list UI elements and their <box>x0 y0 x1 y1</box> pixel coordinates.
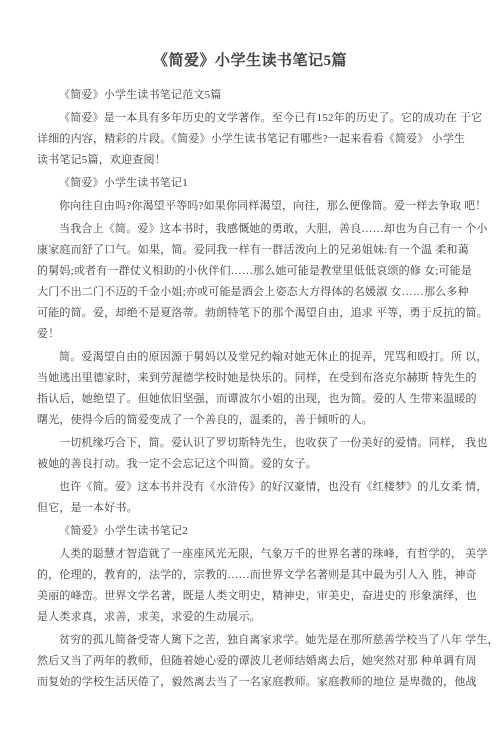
text-line: 的，伦理的，教育的，法学的，宗教的……而世界文学名著则是其中最为引人入 胜，神奇 <box>37 565 465 586</box>
text-line: 当我合上《简。爱》这本书时，我感慨她的勇敢，大胆，善良……却也为自己有一 个小 <box>37 219 465 240</box>
text-line: 《简爱》小学生读书笔记2 <box>37 521 465 542</box>
paragraph: 简。爱渴望自由的原因源于舅妈以及堂兄约翰对她无休止的捉弄，咒骂和殴打。所 以，当… <box>37 347 465 431</box>
text-line: 但它，是一本好书。 <box>37 498 465 519</box>
document-page: 《简爱》小学生读书笔记5篇 《简爱》小学生读书笔记范文5篇《简爱》是一本具有多年… <box>0 0 500 747</box>
paragraph: 你向往自由吗?你渴望平等吗?如果你同样渴望，向往，那么便像简。爱一样去争取 吧！ <box>37 196 465 217</box>
paragraph: 人类的聪慧才智造就了一座座风光无限，气象万千的世界名著的珠峰，有哲学的， 美学的… <box>37 544 465 628</box>
text-line: 被她的善良打动。我一定不会忘记这个叫简。爱的女子。 <box>37 454 465 475</box>
text-line: 美丽的峰峦。世界文学名著，既是人类文明史，精神史，审美史，奋进史的 形象演绎，也 <box>37 586 465 607</box>
text-line: 然后又当了两年的教师，但随着她心爱的谭波儿老师结婚离去后，她突然对那 种单调有周 <box>37 651 465 672</box>
paragraph: 贫穷的孤儿简备受寄人篱下之苦，独自离家求学。她先是在那所慈善学校当了八年 学生，… <box>37 630 465 693</box>
text-line: 的舅妈;或者有一群仗义相助的小伙伴们……那么她可能是教堂里低低哀颂的修 女;可能… <box>37 261 465 282</box>
paragraph: 也许《简。爱》这本书并没有《水浒传》的好汉豪情，也没有《红楼梦》的儿女柔 情，但… <box>37 477 465 519</box>
text-line: 《简爱》是一本具有多年历史的文学著作。至今已有152年的历史了。它的成功在 于它 <box>37 108 465 129</box>
text-line: 人类的聪慧才智造就了一座座风光无限，气象万千的世界名著的珠峰，有哲学的， 美学 <box>37 544 465 565</box>
page-title: 《简爱》小学生读书笔记5篇 <box>0 50 500 72</box>
text-line: 康家庭而舒了口气。如果，简。爱同我一样有一群活泼向上的兄弟姐妹:有一个温 柔和蔼 <box>37 240 465 261</box>
paragraph: 《简爱》小学生读书笔记1 <box>37 173 465 194</box>
document-body: 《简爱》小学生读书笔记范文5篇《简爱》是一本具有多年历史的文学著作。至今已有15… <box>37 85 465 693</box>
text-line: 爱！ <box>37 324 465 345</box>
paragraph: 《简爱》是一本具有多年历史的文学著作。至今已有152年的历史了。它的成功在 于它… <box>37 108 465 171</box>
text-line: 大门不出二门不迈的千金小姐;亦或可能是酒会上姿态大方得体的名媛淑 女……那么多种 <box>37 282 465 303</box>
text-line: 详细的内容，精彩的片段。《简爱》小学生读书笔记有哪些?一起来看看《简爱》 小学生 <box>37 129 465 150</box>
text-line: 而复始的学校生活厌倦了，毅然离去当了一名家庭教师。家庭教师的地位 是卑微的，他战 <box>37 672 465 693</box>
text-line: 当她逃出里德家时，来到劳渥德学校时她是快乐的。同样，在受到布洛克尔赫斯 特先生的 <box>37 368 465 389</box>
paragraph: 《简爱》小学生读书笔记范文5篇 <box>37 85 465 106</box>
paragraph: 《简爱》小学生读书笔记2 <box>37 521 465 542</box>
text-line: 你向往自由吗?你渴望平等吗?如果你同样渴望，向往，那么便像简。爱一样去争取 吧！ <box>37 196 465 217</box>
text-line: 读书笔记5篇，欢迎查阅！ <box>37 150 465 171</box>
text-line: 也许《简。爱》这本书并没有《水浒传》的好汉豪情，也没有《红楼梦》的儿女柔 情， <box>37 477 465 498</box>
text-line: 一切机缘巧合下，简。爱认识了罗切斯特先生，也收获了一份美好的爱情。同样， 我也 <box>37 433 465 454</box>
text-line: 简。爱渴望自由的原因源于舅妈以及堂兄约翰对她无休止的捉弄，咒骂和殴打。所 以， <box>37 347 465 368</box>
text-line: 可能的简。爱，却绝不是夏洛蒂。勃朗特笔下的那个渴望自由，追求 平等，勇于反抗的简… <box>37 303 465 324</box>
text-line: 曙光，使得今后的简爱变成了一个善良的，温柔的，善于倾听的人。 <box>37 410 465 431</box>
text-line: 是人类求真，求善，求美，求爱的生动展示。 <box>37 607 465 628</box>
paragraph: 一切机缘巧合下，简。爱认识了罗切斯特先生，也收获了一份美好的爱情。同样， 我也被… <box>37 433 465 475</box>
text-line: 《简爱》小学生读书笔记范文5篇 <box>37 85 465 106</box>
paragraph: 当我合上《简。爱》这本书时，我感慨她的勇敢，大胆，善良……却也为自己有一 个小康… <box>37 219 465 345</box>
text-line: 贫穷的孤儿简备受寄人篱下之苦，独自离家求学。她先是在那所慈善学校当了八年 学生， <box>37 630 465 651</box>
text-line: 《简爱》小学生读书笔记1 <box>37 173 465 194</box>
text-line: 指认后，她绝望了。但她依旧坚强，而谭波尔小姐的出现，也为简。爱的人 生带来温暖的 <box>37 389 465 410</box>
